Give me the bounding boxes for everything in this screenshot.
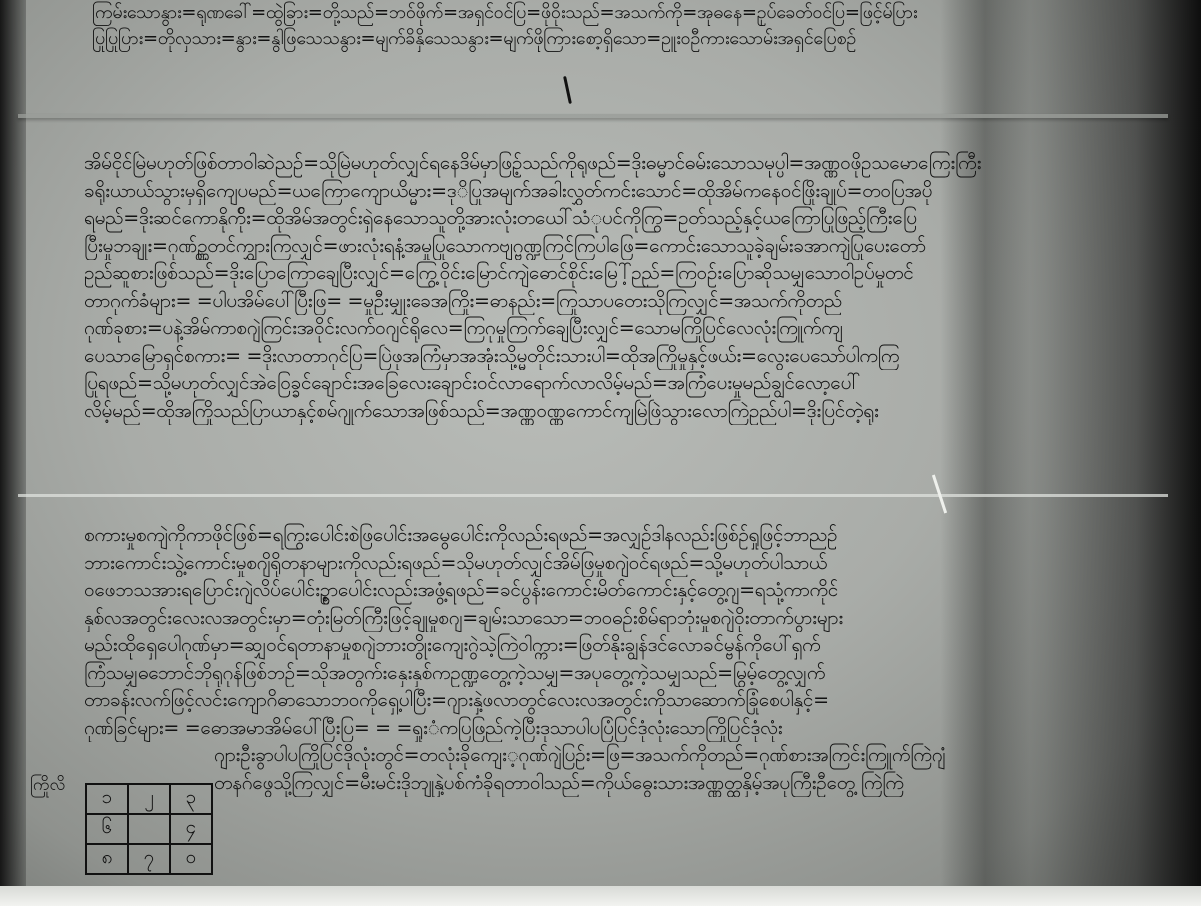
grid-cell: ၃ xyxy=(170,784,212,814)
text-line: တနဂ်ဖွေသို့ကြလျှင်=မီးမင်းဒိုဘျုနှဲ့ပစ်က… xyxy=(84,770,1144,798)
text-line: ဂုဏ်ခုစား=ပနဲ့အိမ်ကာစဂျဲကြင်းအဝိုင်းလက်ဝ… xyxy=(84,315,1144,343)
text-line: ဂျားဦးခွာပါပကြိုပြင်ဒိုလုံးတွင်=တလုံးခို… xyxy=(84,742,1144,770)
manuscript-page: ကြမ်းသောနွား=ရုဏခေါ်=ထွဲခြား=တို့သည်=ဘဝ်… xyxy=(0,0,1201,906)
text-line: နှစ်လအတွင်းလေးလအတွင်းမှာ=တုံးမြတ်ကြီးဖြင… xyxy=(84,605,1144,633)
text-line: ခရိုးယာယ်သွားမှရှိကျေပမည်=ယကြောကျောယိမ္မ… xyxy=(84,178,1144,206)
bottom-panel-text: စကားမှုစကျဲကိုကာဖိုင်ဖြစ်=ရကြွးပေါင်းစဲဖ… xyxy=(84,522,1144,797)
text-line: လိမ့်မည်=ထိုအကြိုသည်ပြာယာနှင့်စမ်ဂျုက်သေ… xyxy=(84,398,1144,426)
middle-panel-text: အိမ်ငိုင်မြဲမဟုတ်ဖြစ်တာဝါဆဲညဉ်=သိုမြဲမဟု… xyxy=(84,150,1144,425)
text-line: ပြီးမှုဘချုး=ဂုဏ်ဥ္ဏတင်ကျွှားကြလျှင်=ဖား… xyxy=(84,233,1144,261)
text-line: တာဂုက်ခံများ= =ပါပအိမ်ပေါ်ပြီးဖြ= =မှုဦး… xyxy=(84,288,1144,316)
grid-cell: ၂ xyxy=(128,784,170,814)
top-panel-text: ကြမ်းသောနွား=ရုဏခေါ်=ထွဲခြား=တို့သည်=ဘဝ်… xyxy=(92,0,1152,52)
grid-cell: ၈ xyxy=(86,844,128,874)
text-line: တာခန်းလက်ဖြင့်လင်းကျောဂိဓာသောဘဝကိုရှေ့ပါ… xyxy=(84,687,1144,715)
fold-line-top xyxy=(18,114,1168,118)
grid-cell: ၆ xyxy=(86,814,128,844)
number-grid: ၁ ၂ ၃ ၆ ၄ ၈ ၇ ၀ xyxy=(85,783,213,875)
grid-cell: ၇ xyxy=(128,844,170,874)
text-line: ကြံသမျှဓဘောင်ဘိုရုဂုန်ဖြစ်ဘဥ်=သိုအတွက်းန… xyxy=(84,660,1144,688)
left-edge-shadow xyxy=(0,0,26,906)
fold-line-middle xyxy=(18,494,1168,497)
text-line: ကြမ်းသောနွား=ရုဏခေါ်=ထွဲခြား=တို့သည်=ဘဝ်… xyxy=(92,0,1152,26)
text-line: ဂုဏ်ခြင်များ= =ဓောအမာအိမ်ပေါ်ပြီးပြ= = =… xyxy=(84,715,1144,743)
grid-cell: ၄ xyxy=(170,814,212,844)
text-line: အိမ်ငိုင်မြဲမဟုတ်ဖြစ်တာဝါဆဲညဉ်=သိုမြဲမဟု… xyxy=(84,150,1144,178)
text-line: ပေသာမြောရှင်စကား= =ဒိုးလာတာဂုင်ပြ=ပြဲဖုအ… xyxy=(84,343,1144,371)
margin-note: ကြိုလိ xyxy=(30,774,65,799)
grid-cell: ၁ xyxy=(86,784,128,814)
text-line: ဥည်ဆူစားဖြစ်သည်=ဒိုးပြောကြောချေပြီးလျှင်… xyxy=(84,260,1144,288)
text-line: စကားမှုစကျဲကိုကာဖိုင်ဖြစ်=ရကြွးပေါင်းစဲဖ… xyxy=(84,522,1144,550)
grid-cell: ၀ xyxy=(170,844,212,874)
text-line: ပြုရဖည်=သို့မဟုတ်လျှင်အဲဝြေခ္ခင်ချောင်းအ… xyxy=(84,370,1144,398)
text-line: ပြုပြုပြား=တိုလှသား=နွား=နွါဖြသေသနွား=မျ… xyxy=(92,26,1152,52)
ink-mark xyxy=(563,76,572,104)
text-line: မည်းထိုရှေပေါဂုဏ်မှာ=ဆျှဝင်ရတာနာမှုစဂျဲဘ… xyxy=(84,632,1144,660)
text-line: ရမည်=ဒိုးဆင်ကောနိုက်ိုး=ထိုအိမ်အတွင်းရှဲ… xyxy=(84,205,1144,233)
text-line: ဘားကောင်းသွဲ့ကောင်းမှုစဂျိရိုတနာများကိုလ… xyxy=(84,550,1144,578)
grid-cell xyxy=(128,814,170,844)
paper-bottom-edge xyxy=(0,886,1201,906)
text-line: ဝဖေဘသအားရပြောင်းဂျဲလိပ်ပေါင်းဉ္စွာပေါင်း… xyxy=(84,577,1144,605)
